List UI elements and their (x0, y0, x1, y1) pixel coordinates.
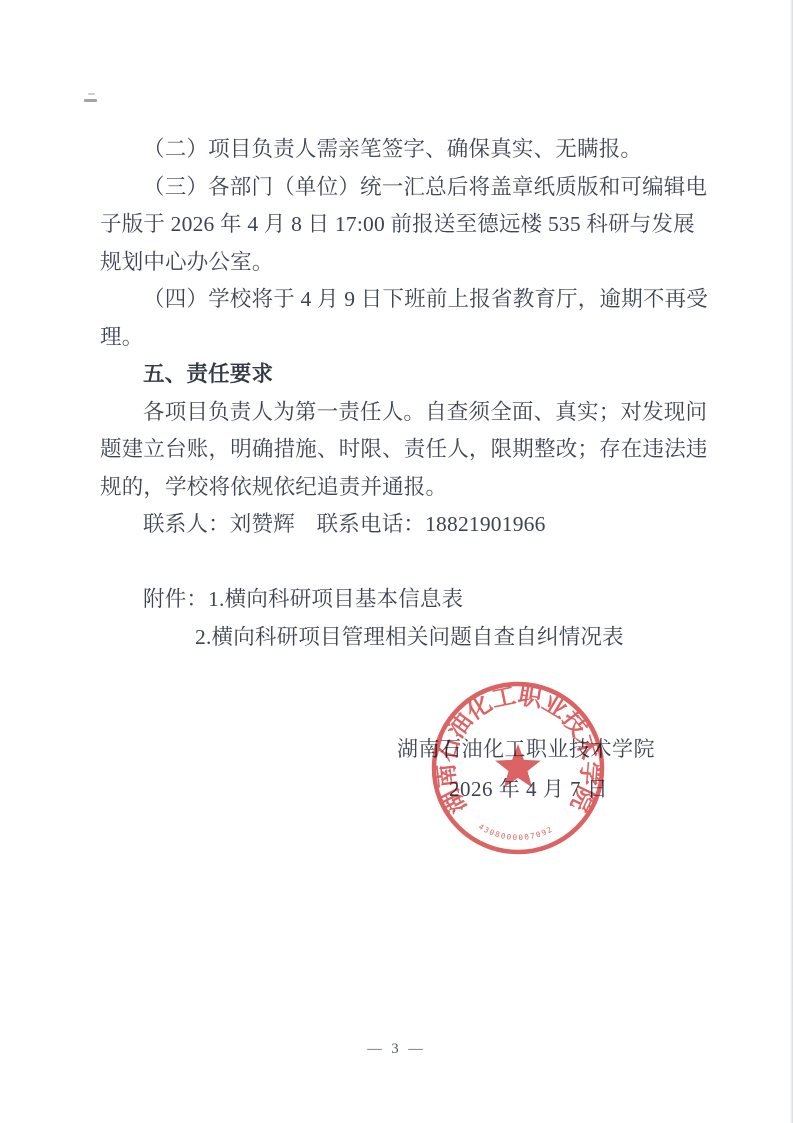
section-heading: 五、责任要求 (100, 356, 708, 394)
attachment-line-2: 2.横向科研项目管理相关问题自查自纠情况表 (100, 619, 708, 657)
seal-serial-number: 4308000007092 (477, 822, 555, 842)
document-line: 规的，学校将依规依纪追责并通报。 (100, 469, 708, 507)
attachment-line-1: 附件：1.横向科研项目基本信息表 (100, 581, 708, 619)
scan-artifact-mark (84, 99, 97, 102)
page-number: — 3 — (0, 1041, 793, 1058)
contact-line: 联系人：刘赞辉 联系电话：18821901966 (100, 506, 708, 544)
document-line: 子版于 2026 年 4 月 8 日 17:00 前报送至德远楼 535 科研与… (100, 206, 708, 244)
document-body: （二）项目负责人需亲笔签字、确保真实、无瞒报。 （三）各部门（单位）统一汇总后将… (100, 131, 708, 656)
blank-line (100, 544, 708, 582)
document-line: （四）学校将于 4 月 9 日下班前上报省教育厅，逾期不再受 (100, 281, 708, 319)
document-line: （二）项目负责人需亲笔签字、确保真实、无瞒报。 (100, 131, 708, 169)
signature-organization: 湖南石油化工职业技术学院 (397, 733, 655, 763)
document-line: 题建立台账，明确措施、时限、责任人，限期整改；存在违法违 (100, 431, 708, 469)
scan-artifact-mark (88, 93, 95, 95)
official-seal-stamp: 湖南石油化工职业技术学院 4308000007092 (428, 678, 608, 858)
scanned-document-page: （二）项目负责人需亲笔签字、确保真实、无瞒报。 （三）各部门（单位）统一汇总后将… (0, 0, 793, 1123)
document-line: 规划中心办公室。 (100, 244, 708, 282)
signature-date: 2026 年 4 月 7 日 (449, 773, 608, 803)
document-line: 理。 (100, 319, 708, 357)
document-line: 各项目负责人为第一责任人。自查须全面、真实；对发现问 (100, 394, 708, 432)
seal-border-circle (434, 684, 602, 852)
document-line: （三）各部门（单位）统一汇总后将盖章纸质版和可编辑电 (100, 169, 708, 207)
scan-artifact (82, 93, 98, 103)
